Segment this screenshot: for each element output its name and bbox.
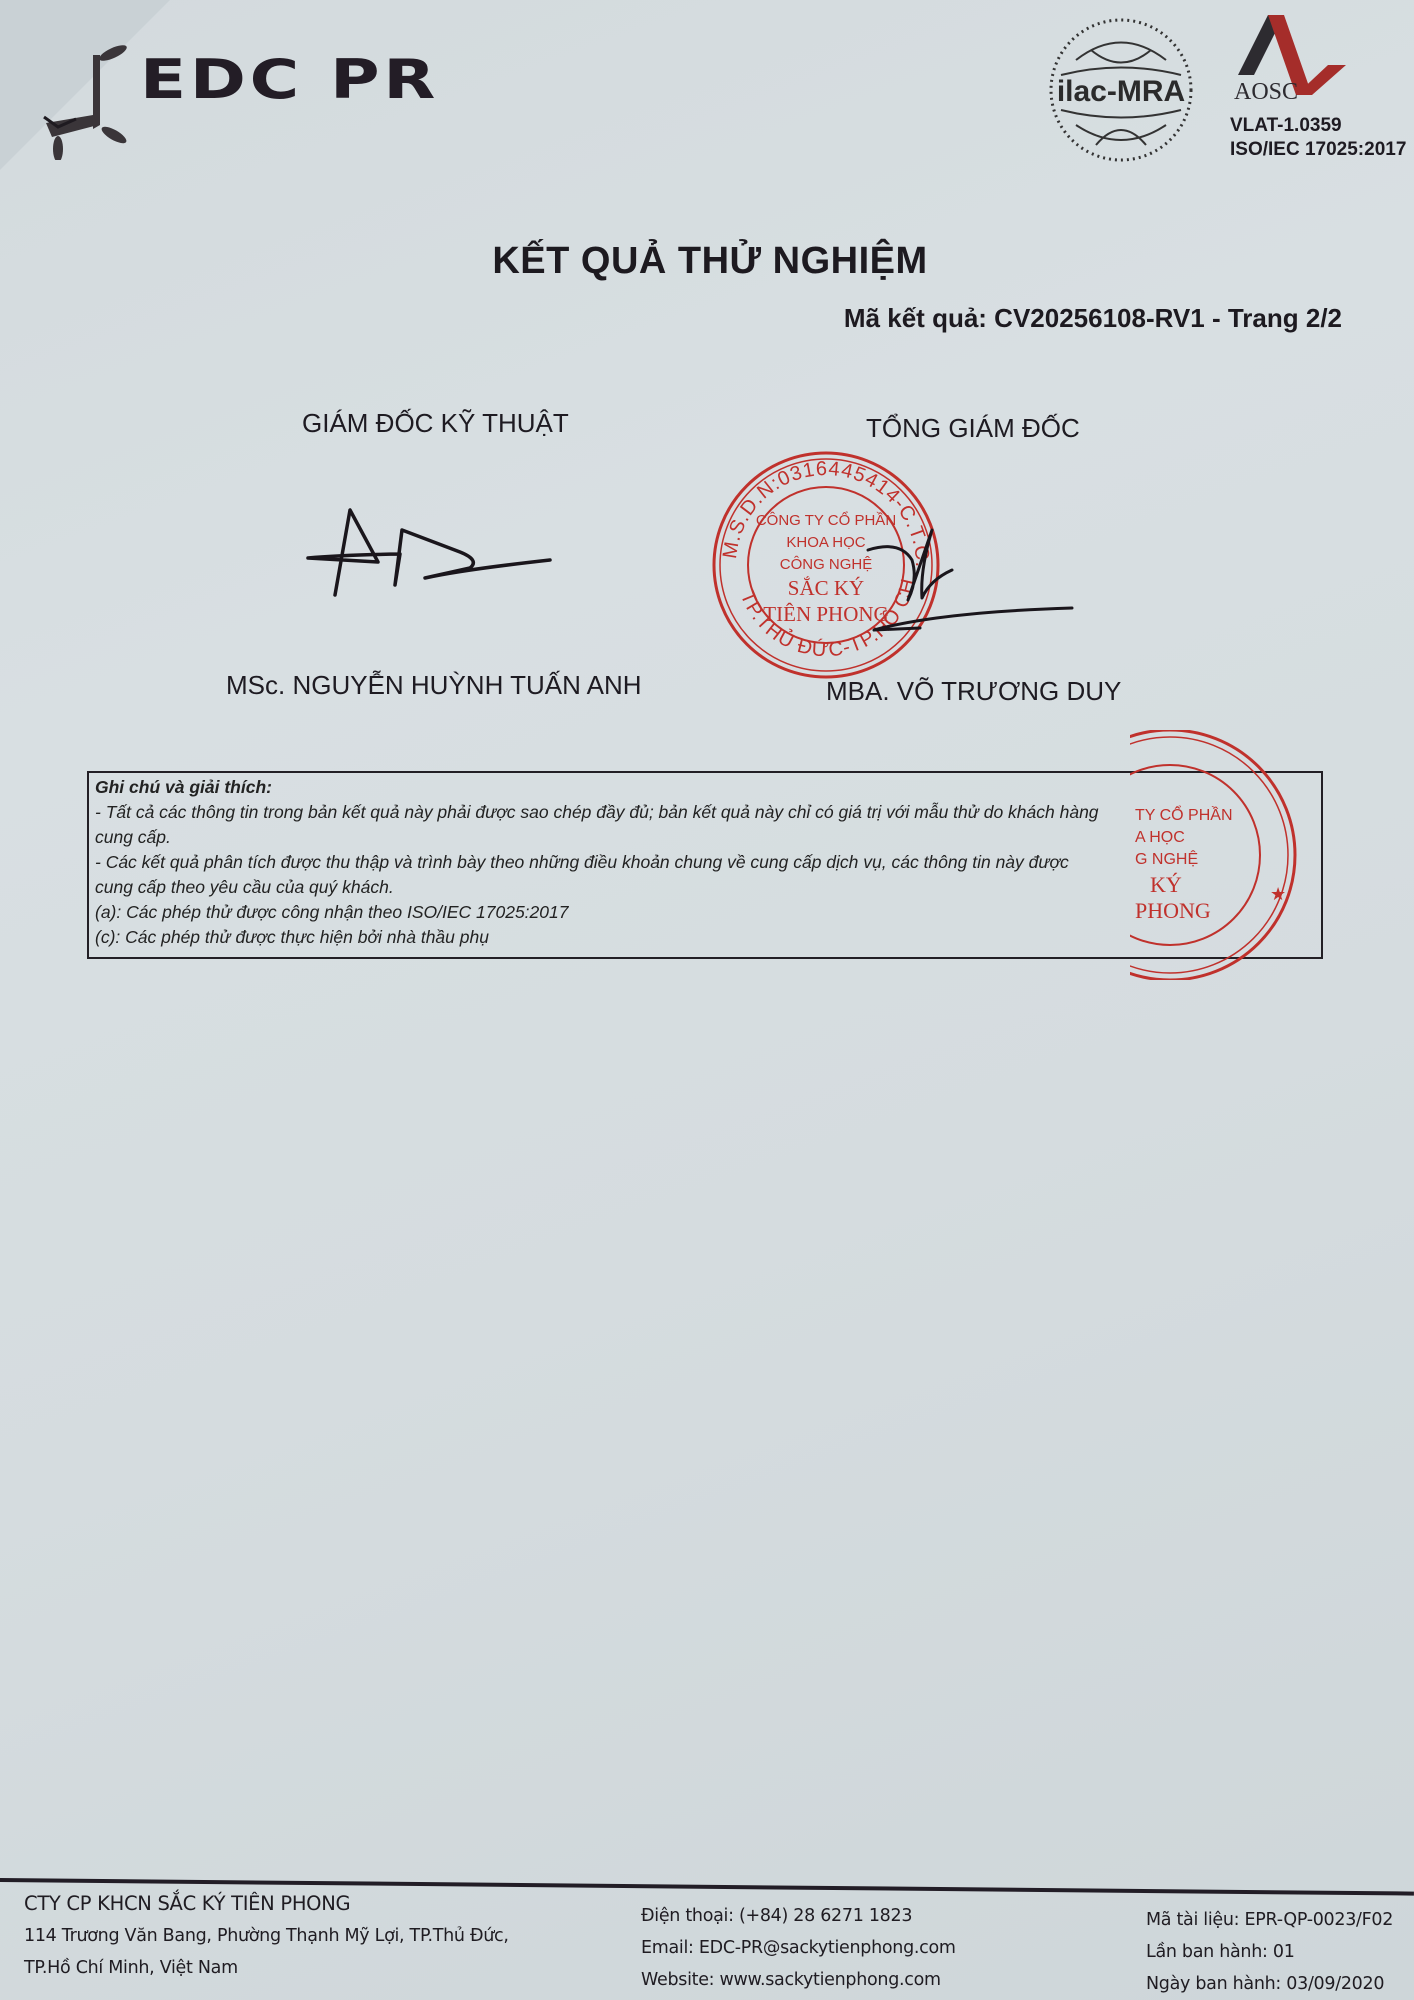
footer-email: Email: EDC-PR@sackytienphong.com [641, 1932, 956, 1964]
footer-doc-code: Mã tài liệu: EPR-QP-0023/F02 [1146, 1904, 1393, 1936]
svg-text:KÝ: KÝ [1150, 872, 1182, 897]
accreditation-code: VLAT-1.0359 [1230, 114, 1406, 138]
result-code: Mã kết quả: CV20256108-RV1 - Trang 2/2 [844, 303, 1342, 334]
accreditation-standard: ISO/IEC 17025:2017 [1230, 138, 1406, 162]
aosc-logo-icon: AOSC [1228, 15, 1348, 105]
document-title-text: KẾT QUẢ THỬ NGHIỆM [492, 240, 927, 282]
footer-issue-no: Lần ban hành: 01 [1146, 1936, 1393, 1968]
general-director-role: TỔNG GIÁM ĐỐC [866, 413, 1080, 444]
footer-address-line1: 114 Trương Văn Bang, Phường Thạnh Mỹ Lợi… [24, 1920, 509, 1952]
footer-website: Website: www.sackytienphong.com [641, 1964, 956, 1996]
technical-director-signature [300, 500, 560, 600]
footer-company-name: CTY CP KHCN SẮC KÝ TIÊN PHONG [24, 1888, 509, 1920]
ilac-mra-logo-icon: ilac-MRA [1046, 15, 1196, 165]
svg-text:TY CỔ PHẦN: TY CỔ PHẦN [1135, 805, 1233, 824]
technical-director-role: GIÁM ĐỐC KỸ THUẬT [302, 408, 569, 439]
svg-text:KHOA HỌC: KHOA HỌC [786, 534, 865, 551]
footer-contact-block: Điện thoại: (+84) 28 6271 1823 Email: ED… [641, 1900, 956, 1996]
svg-text:CÔNG NGHỆ: CÔNG NGHỆ [780, 556, 873, 573]
general-director-name: MBA. VÕ TRƯƠNG DUY [826, 676, 1121, 707]
document-title: KẾT QUẢ THỬ NGHIỆM [0, 240, 1414, 283]
svg-text:G NGHỆ: G NGHỆ [1135, 849, 1198, 868]
footer-phone: Điện thoại: (+84) 28 6271 1823 [641, 1900, 956, 1932]
technical-director-name: MSc. NGUYỄN HUỲNH TUẤN ANH [226, 670, 642, 701]
svg-text:A HỌC: A HỌC [1135, 829, 1185, 846]
accreditation-info: VLAT-1.0359 ISO/IEC 17025:2017 [1230, 114, 1406, 162]
svg-text:PHONG: PHONG [1135, 898, 1211, 923]
footer-issue-date: Ngày ban hành: 03/09/2020 [1146, 1968, 1393, 2000]
edc-molecule-logo-icon [38, 45, 128, 160]
footer-company-block: CTY CP KHCN SẮC KÝ TIÊN PHONG 114 Trương… [24, 1888, 509, 1984]
svg-text:ilac-MRA: ilac-MRA [1057, 75, 1185, 108]
footer-address-line2: TP.Hồ Chí Minh, Việt Nam [24, 1952, 509, 1984]
edc-pr-logo-text: EDC PR [140, 48, 439, 111]
footer-document-info: Mã tài liệu: EPR-QP-0023/F02 Lần ban hàn… [1146, 1904, 1393, 2000]
svg-text:★: ★ [1270, 884, 1286, 904]
svg-text:SẮC KÝ: SẮC KÝ [788, 576, 864, 600]
edge-stamp-partial: TY CỔ PHẦN A HỌC G NGHỆ KÝ PHONG ★ [1130, 730, 1330, 980]
svg-text:AOSC: AOSC [1234, 79, 1298, 105]
general-director-signature [860, 520, 1080, 650]
